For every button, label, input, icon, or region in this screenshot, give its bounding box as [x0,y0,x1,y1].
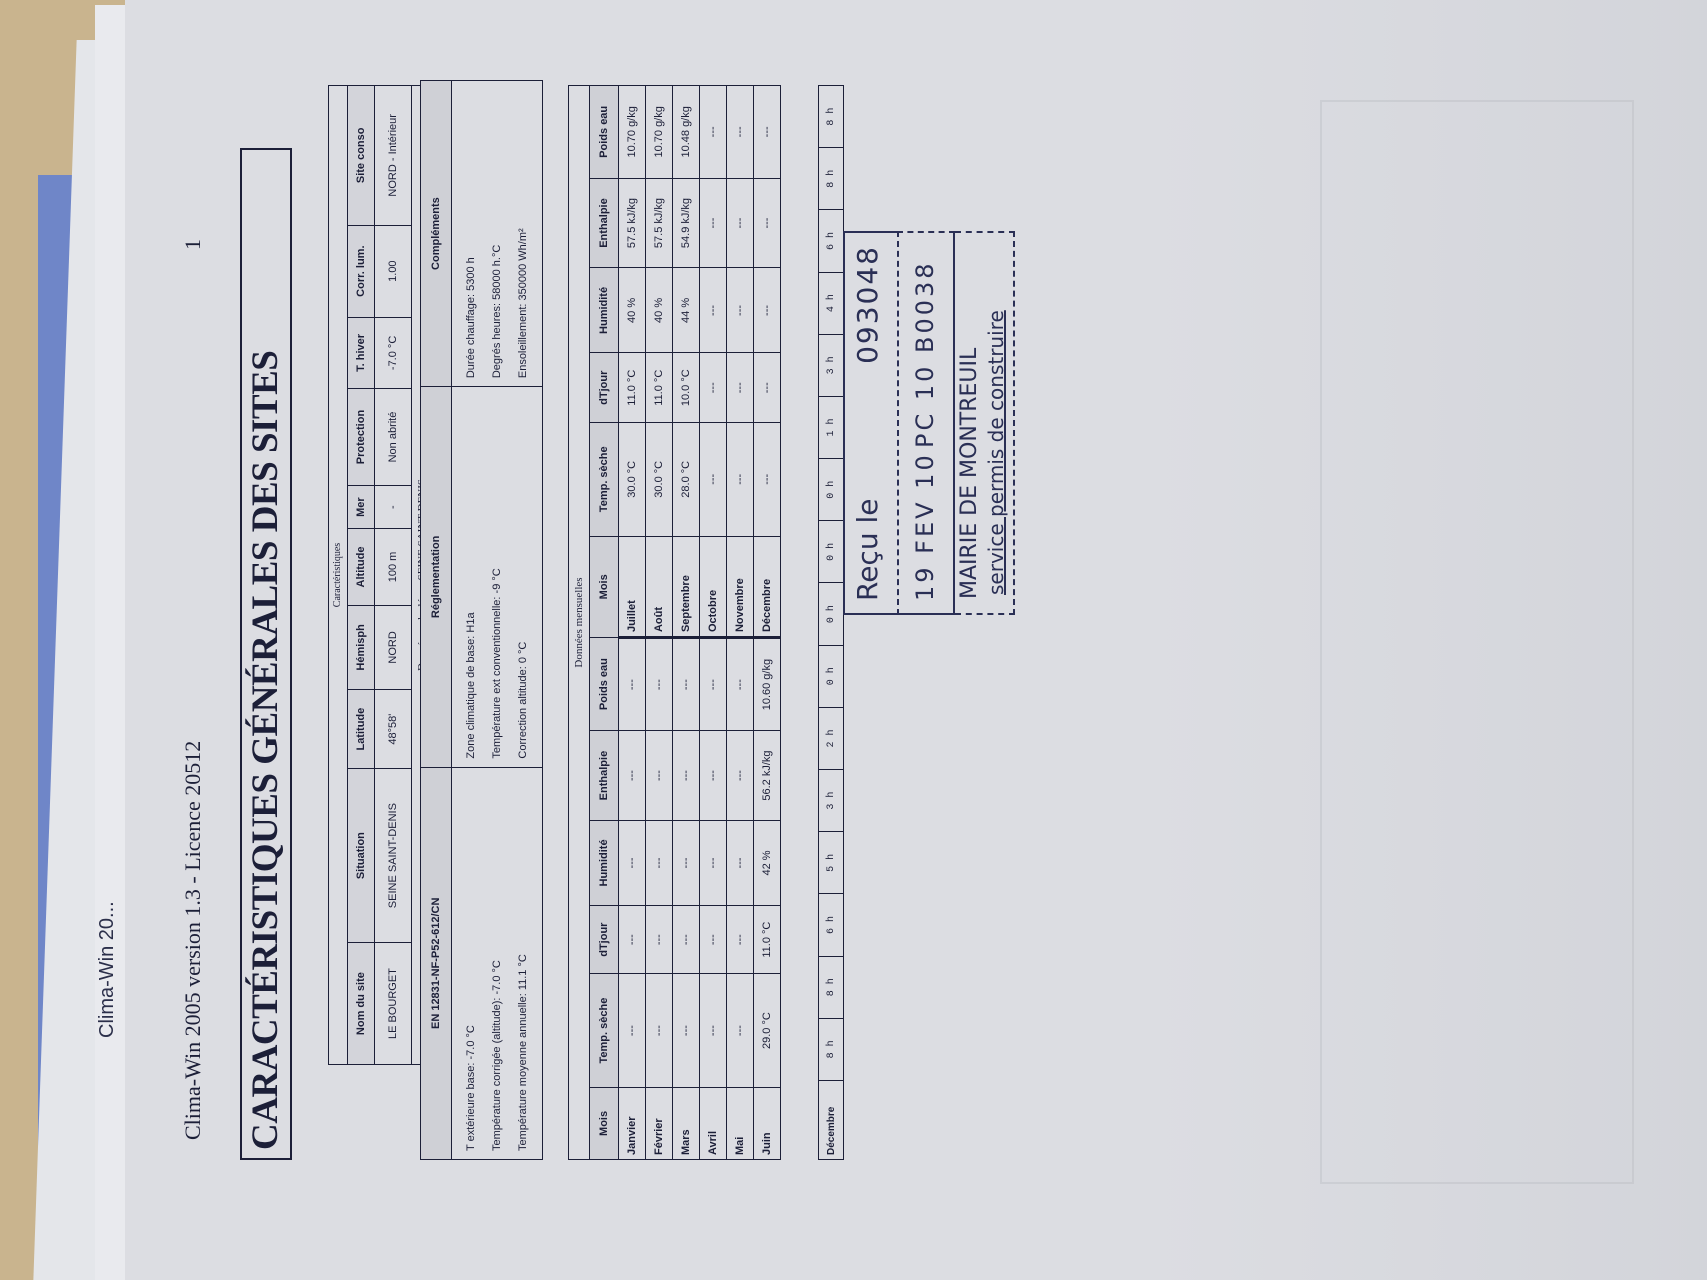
monthly-cell: --- [619,906,646,974]
hour-cell: 0 h [819,583,844,645]
site-column-header: Altitude [348,529,375,605]
monthly-cell: --- [754,178,781,268]
monthly-cell: --- [646,906,673,974]
site-column-header: Corr. lum. [348,225,375,317]
hour-cell: 4 h [819,272,844,334]
table-row: Avril---------------Octobre-------------… [700,86,727,1160]
hour-cell: 1 h [819,396,844,458]
monthly-cell: 28.0 °C [673,423,700,537]
hour-cell: 8 h [819,1018,844,1080]
hour-cell: 0 h [819,645,844,707]
page-number: 1 [180,239,206,250]
hour-cell: 0 h [819,521,844,583]
monthly-cell: 40 % [619,268,646,353]
month-label: Octobre [700,536,727,637]
stamp-date: 19 FEV 10 [911,452,939,601]
rotated-document: Clima-Win 2005 version 1.3 - Licence 205… [180,80,900,1160]
site-cell: 1.00 [375,225,412,317]
monthly-cell: --- [700,638,727,731]
table-row: Janvier---------------Juillet30.0 °C11.0… [619,86,646,1160]
regulation-values: Zone climatique de base: H1aTempérature … [452,387,543,767]
monthly-column-header: dTjour [590,906,619,974]
monthly-cell: 10.0 °C [673,353,700,423]
hours-label: Décembre [819,1081,844,1160]
regulation-block: EN 12831-NF-P52-612/CN Réglementation Co… [420,80,543,1160]
month-label: Décembre [754,536,781,637]
monthly-cell: --- [700,906,727,974]
regulation-table: EN 12831-NF-P52-612/CN Réglementation Co… [420,80,543,1160]
site-cell: 48°58' [375,690,412,769]
hour-cell: 8 h [819,86,844,148]
site-cell: Non abrité [375,389,412,486]
document-title: CARACTÉRISTIQUES GÉNÉRALES DES SITES [240,148,292,1160]
monthly-cell: --- [727,820,754,905]
site-column-header: Site conso [348,86,375,226]
monthly-cell: --- [754,86,781,179]
site-column-header: Protection [348,389,375,486]
regulation-line: Degrés heures: 58000 h.°C [484,89,510,378]
monthly-cell: --- [754,353,781,423]
monthly-cell: --- [727,178,754,268]
site-column-header: T. hiver [348,317,375,389]
monthly-cell: --- [754,423,781,537]
site-cell: -7.0 °C [375,317,412,389]
hourly-strip: Décembre8 h8 h6 h5 h3 h2 h0 h0 h0 h0 h1 … [818,85,844,1160]
monthly-column-header: Temp. sèche [590,423,619,537]
monthly-cell: --- [619,974,646,1088]
month-label: Août [646,536,673,637]
hour-cell: 5 h [819,832,844,894]
site-column-header: Hémisph [348,605,375,690]
site-characteristics: Caractéristiques Nom du siteSituationLat… [328,85,433,1065]
monthly-cell: --- [727,731,754,821]
monthly-caption: Données mensuelles [568,85,589,1160]
monthly-column-header: Humidité [590,820,619,905]
monthly-cell: 11.0 °C [754,906,781,974]
month-label: Février [646,1087,673,1159]
monthly-cell: --- [700,268,727,353]
monthly-cell: 29.0 °C [754,974,781,1088]
stamp-reference: PC 10 B0038 [911,260,939,448]
monthly-cell: --- [727,268,754,353]
monthly-cell: 42 % [754,820,781,905]
monthly-column-header: Poids eau [590,638,619,731]
regulation-line: Température moyenne annuelle: 11.1 °C [510,776,536,1151]
hour-cell: 2 h [819,707,844,769]
monthly-cell: --- [646,731,673,821]
monthly-cell: --- [619,638,646,731]
monthly-cell: 10.60 g/kg [754,638,781,731]
monthly-column-header: Enthalpie [590,731,619,821]
table-row: Mai---------------Novembre--------------… [727,86,754,1160]
site-column-header: Situation [348,769,375,943]
monthly-data: Données mensuelles MoisTemp. sèchedTjour… [568,85,781,1160]
site-cell: - [375,485,412,529]
regulation-line: Durée chauffage: 5300 h [458,89,484,378]
site-cell: SEINE SAINT-DENIS [375,769,412,943]
monthly-cell: --- [646,638,673,731]
monthly-cell: --- [727,353,754,423]
monthly-cell: 10.70 g/kg [646,86,673,179]
month-label: Juillet [619,536,646,637]
regulation-header: Réglementation [421,387,452,767]
month-label: Mars [673,1087,700,1159]
month-label: Avril [700,1087,727,1159]
regulation-line: T extérieure base: -7.0 °C [458,776,484,1151]
site-column-header: Latitude [348,690,375,769]
underlying-sheet-header: Clima-Win 20... [96,901,119,1038]
table-row: Juin29.0 °C11.0 °C42 %56.2 kJ/kg10.60 g/… [754,86,781,1160]
hour-cell: 0 h [819,459,844,521]
table-row: Mars---------------Septembre28.0 °C10.0 … [673,86,700,1160]
monthly-cell: --- [673,820,700,905]
hour-cell: 3 h [819,770,844,832]
monthly-cell: --- [700,974,727,1088]
hour-cell: 8 h [819,148,844,210]
monthly-cell: 57.5 kJ/kg [619,178,646,268]
monthly-cell: --- [619,731,646,821]
site-cell: 100 m [375,529,412,605]
regulation-line: Ensoleillement: 350000 Wh/m² [510,89,536,378]
site-cell: NORD - Intérieur [375,86,412,226]
monthly-cell: --- [727,638,754,731]
monthly-cell: 44 % [673,268,700,353]
monthly-cell: --- [673,638,700,731]
hour-cell: 8 h [819,956,844,1018]
monthly-cell: 10.70 g/kg [619,86,646,179]
standard-values: T extérieure base: -7.0 °CTempérature co… [452,767,543,1159]
stamp-office: MAIRIE DE MONTREUIL [957,348,982,599]
monthly-column-header: Humidité [590,268,619,353]
month-label: Septembre [673,536,700,637]
monthly-cell: 56.2 kJ/kg [754,731,781,821]
hour-cell: 6 h [819,210,844,272]
monthly-column-header: Mois [590,536,619,637]
month-label: Novembre [727,536,754,637]
monthly-column-header: dTjour [590,353,619,423]
site-column-header: Nom du site [348,943,375,1065]
monthly-column-header: Temp. sèche [590,974,619,1088]
site-cell: NORD [375,605,412,690]
monthly-cell: --- [754,268,781,353]
monthly-cell: --- [700,353,727,423]
hour-cell: 6 h [819,894,844,956]
monthly-cell: 57.5 kJ/kg [646,178,673,268]
show-through-ghost [1320,100,1634,1184]
monthly-cell: --- [673,731,700,821]
software-header: Clima-Win 2005 version 1.3 - Licence 205… [180,741,206,1140]
monthly-cell: --- [700,820,727,905]
table-row: Février---------------Août30.0 °C11.0 °C… [646,86,673,1160]
monthly-column-header: Poids eau [590,86,619,179]
monthly-cell: 10.48 g/kg [673,86,700,179]
hours-table: Décembre8 h8 h6 h5 h3 h2 h0 h0 h0 h0 h1 … [818,85,844,1160]
stamp-received-label: Reçu le [851,499,884,601]
monthly-cell: --- [646,820,673,905]
monthly-table: MoisTemp. sèchedTjourHumiditéEnthalpiePo… [589,85,781,1160]
monthly-cell: --- [673,974,700,1088]
site-caption: Caractéristiques [328,85,347,1065]
standard-header: EN 12831-NF-P52-612/CN [421,767,452,1159]
monthly-cell: --- [673,906,700,974]
complement-values: Durée chauffage: 5300 hDegrés heures: 58… [452,81,543,387]
monthly-cell: --- [700,731,727,821]
site-cell: LE BOURGET [375,943,412,1065]
monthly-cell: 11.0 °C [619,353,646,423]
month-label: Mai [727,1087,754,1159]
regulation-line: Température ext conventionnelle: -9 °C [484,395,510,758]
page-header: Clima-Win 2005 version 1.3 - Licence 205… [180,80,220,1160]
hour-cell: 3 h [819,334,844,396]
monthly-cell: --- [700,423,727,537]
monthly-cell: --- [619,820,646,905]
monthly-cell: --- [727,906,754,974]
monthly-cell: 11.0 °C [646,353,673,423]
monthly-cell: 30.0 °C [619,423,646,537]
month-label: Janvier [619,1087,646,1159]
site-table: Nom du siteSituationLatitudeHémisphAltit… [347,85,412,1065]
regulation-line: Température corrigée (altitude): -7.0 °C [484,776,510,1151]
site-column-header: Mer [348,485,375,529]
monthly-cell: 30.0 °C [646,423,673,537]
monthly-cell: --- [700,86,727,179]
regulation-line: Correction altitude: 0 °C [510,395,536,758]
received-stamp: Reçu le 093048 19 FEV 10 PC 10 B0038 MAI… [843,235,1013,615]
monthly-cell: --- [646,974,673,1088]
monthly-cell: --- [727,423,754,537]
regulation-line: Zone climatique de base: H1a [458,395,484,758]
monthly-column-header: Enthalpie [590,178,619,268]
monthly-column-header: Mois [590,1087,619,1159]
monthly-cell: 40 % [646,268,673,353]
month-label: Juin [754,1087,781,1159]
monthly-cell: --- [727,86,754,179]
monthly-cell: 54.9 kJ/kg [673,178,700,268]
monthly-cell: --- [727,974,754,1088]
monthly-cell: --- [700,178,727,268]
stamp-number: 093048 [851,245,884,364]
stamp-service: service permis de construire [984,310,1008,595]
complements-header: Compléments [421,81,452,387]
